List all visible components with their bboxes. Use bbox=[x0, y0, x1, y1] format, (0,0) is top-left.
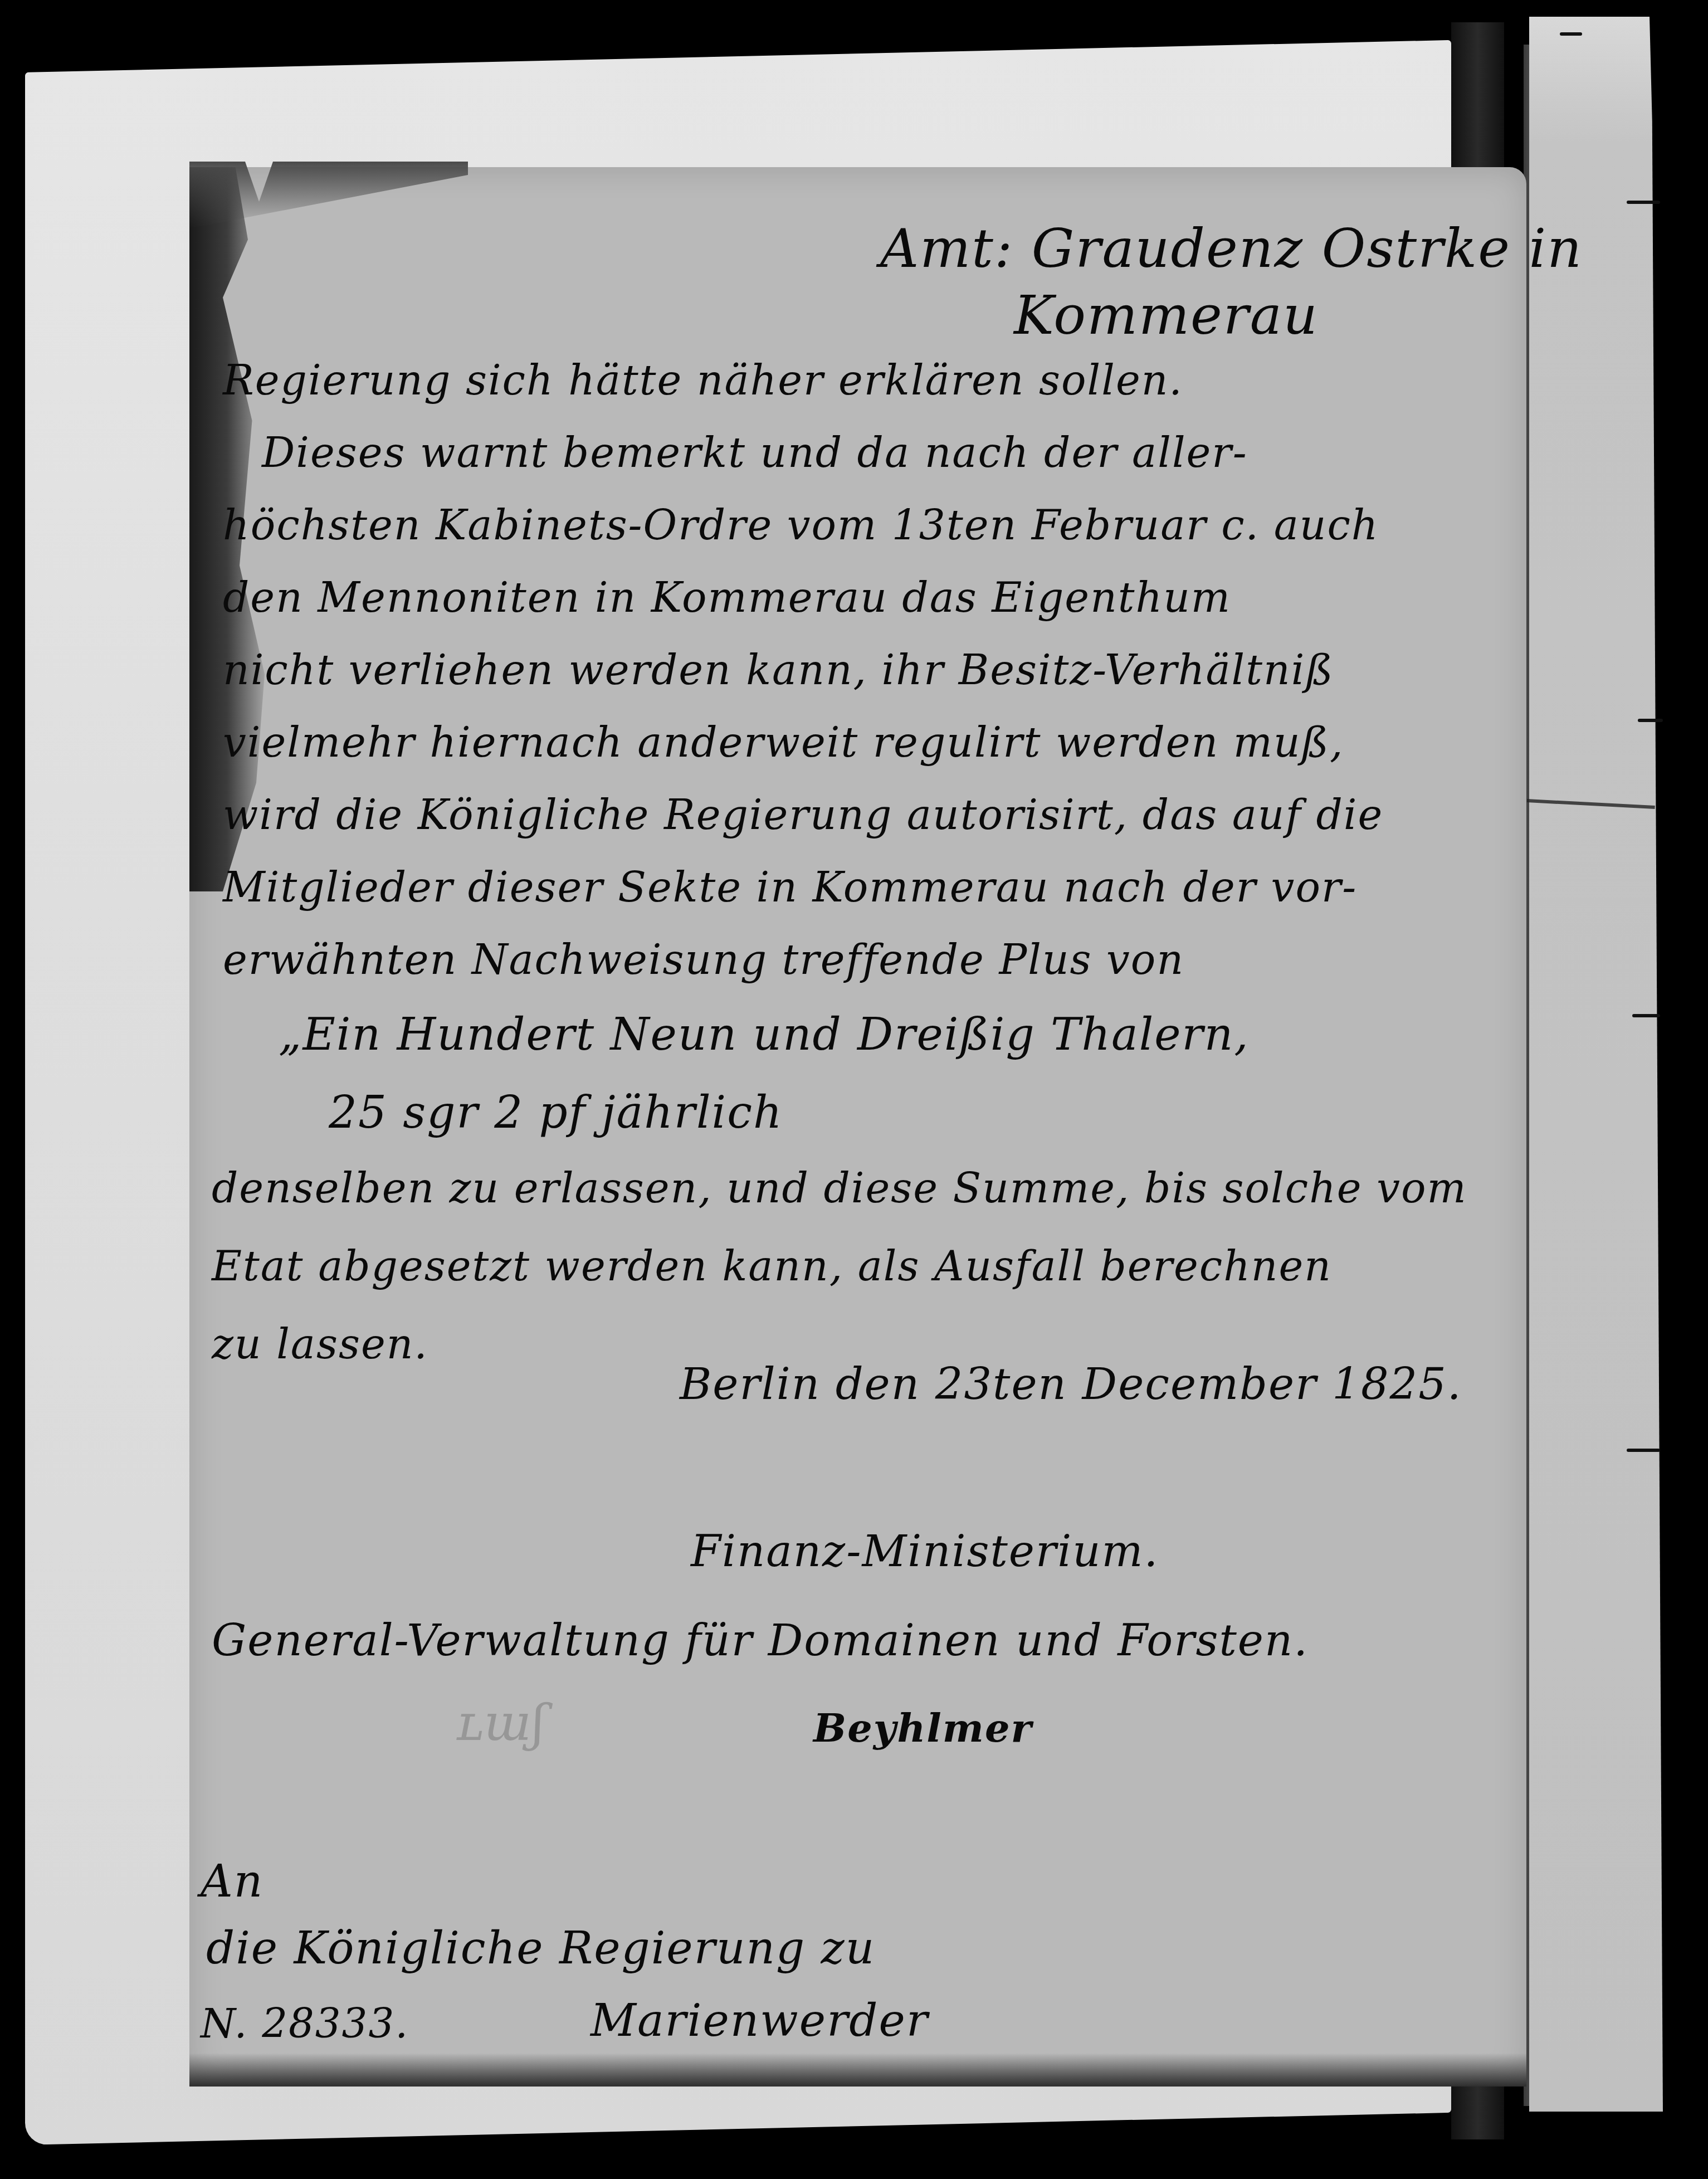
margin-ink-mark bbox=[1627, 1449, 1660, 1452]
address-place: Marienwerder bbox=[591, 1995, 929, 2046]
department-name: General-Verwaltung für Domainen und Fors… bbox=[212, 1616, 1309, 1666]
faint-pencil-mark: ʟɯʃ bbox=[457, 1694, 545, 1752]
subject-heading-line-1: Amt: Graudenz Ostrke in bbox=[880, 217, 1583, 280]
margin-ink-mark bbox=[1638, 719, 1663, 722]
margin-ink-mark bbox=[1560, 32, 1582, 36]
body-line: höchsten Kabinets-Ordre vom 13ten Februa… bbox=[223, 501, 1379, 549]
damaged-bottom-edge bbox=[189, 2053, 1526, 2087]
body-line: Mitglieder dieser Sekte in Kommerau nach… bbox=[223, 864, 1357, 911]
place-and-date: Berlin den 23ten December 1825. bbox=[680, 1359, 1462, 1410]
amount-in-figures: 25 sgr 2 pf jährlich bbox=[329, 1086, 783, 1138]
body-line: zu lassen. bbox=[212, 1320, 428, 1368]
body-line: Dieses warnt bemerkt und da nach der all… bbox=[262, 429, 1248, 477]
body-line: wird die Königliche Regierung autorisirt… bbox=[223, 791, 1383, 839]
torn-top-corner bbox=[189, 162, 468, 228]
body-line: Etat abgesetzt werden kann, als Ausfall … bbox=[212, 1242, 1332, 1290]
amount-in-words: „Ein Hundert Neun und Dreißig Thalern, bbox=[279, 1008, 1250, 1060]
subject-heading-line-2: Kommerau bbox=[1014, 284, 1319, 347]
body-line: Regierung sich hätte näher erklären soll… bbox=[223, 357, 1183, 404]
body-line: den Mennoniten in Kommerau das Eigenthum bbox=[223, 574, 1231, 622]
body-line: denselben zu erlassen, und diese Summe, … bbox=[212, 1164, 1467, 1212]
body-line: erwähnten Nachweisung treffende Plus von bbox=[223, 936, 1184, 984]
document-number: N. 28333. bbox=[201, 2000, 409, 2047]
body-line: nicht verliehen werden kann, ihr Besitz-… bbox=[223, 646, 1334, 694]
address-recipient: die Königliche Regierung zu bbox=[206, 1922, 875, 1974]
margin-ink-mark bbox=[1627, 201, 1660, 204]
body-line: vielmehr hiernach anderweit regulirt wer… bbox=[223, 719, 1344, 767]
signature: Beyhlmer bbox=[813, 1705, 1032, 1751]
margin-ink-mark bbox=[1632, 1014, 1660, 1017]
ministry-name: Finanz-Ministerium. bbox=[691, 1527, 1159, 1577]
document-page: Amt: Graudenz Ostrke in Kommerau Regieru… bbox=[189, 167, 1526, 2087]
adjacent-page-strip bbox=[1529, 17, 1663, 2112]
address-prefix: An bbox=[201, 1855, 263, 1907]
